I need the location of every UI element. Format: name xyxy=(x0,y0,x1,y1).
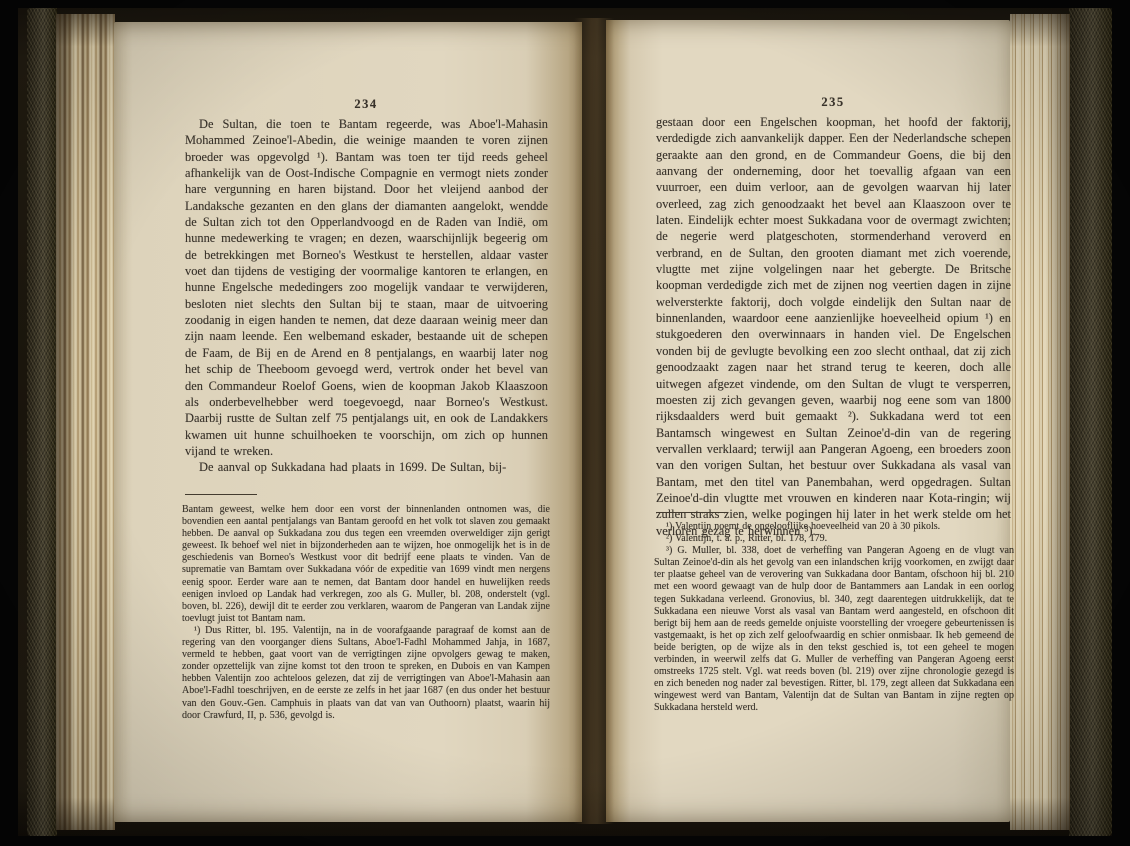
page-edges-right xyxy=(1010,14,1070,830)
right-footnote-2: ²) Valentijn, t. a. p., Ritter, bl. 178,… xyxy=(654,533,1014,545)
right-footnote-3: ³) G. Muller, bl. 338, doet de verheffin… xyxy=(654,545,1014,714)
left-page-footnotes: Bantam geweest, welke hem door een vorst… xyxy=(182,504,550,722)
left-paragraph-2: De aanval op Sukkadana had plaats in 169… xyxy=(185,459,548,475)
left-footnote-1: ¹) Dus Ritter, bl. 195. Valentijn, na in… xyxy=(182,625,550,722)
left-paragraph-1: De Sultan, die toen te Bantam regeerde, … xyxy=(185,116,548,459)
left-footnote-rule xyxy=(185,494,257,495)
page-edges-left xyxy=(56,14,115,830)
left-footnote-continuation: Bantam geweest, welke hem door een vorst… xyxy=(182,504,550,625)
gutter-shadow xyxy=(574,18,614,824)
right-page-footnotes: ¹) Valentijn noemt de ongelooflijke hoev… xyxy=(654,521,1014,715)
right-paragraph-1: gestaan door een Engelschen koopman, het… xyxy=(656,114,1011,539)
book-cover-left xyxy=(27,8,57,836)
book-cover-right xyxy=(1069,8,1112,836)
left-page-number: 234 xyxy=(185,97,547,112)
left-page-body-text: De Sultan, die toen te Bantam regeerde, … xyxy=(185,116,548,476)
right-page-body-text: gestaan door een Engelschen koopman, het… xyxy=(656,114,1011,539)
right-page-number: 235 xyxy=(656,95,1010,110)
right-footnote-1: ¹) Valentijn noemt de ongelooflijke hoev… xyxy=(654,521,1014,533)
right-footnote-rule xyxy=(656,512,728,513)
